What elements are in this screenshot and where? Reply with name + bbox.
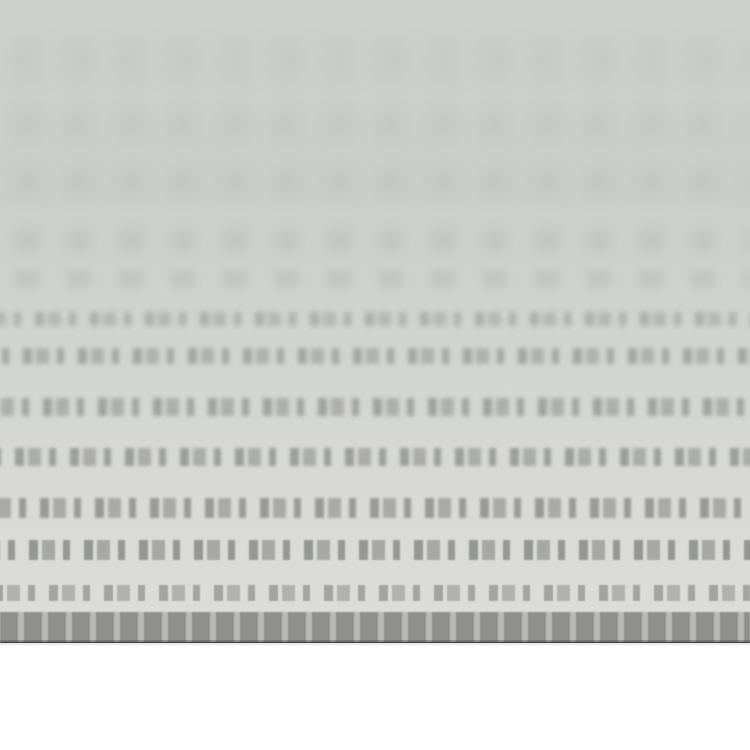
rug-pattern-blurred [0, 230, 750, 252]
rug-pattern-blurred [0, 110, 750, 140]
rug-pattern-row [0, 312, 750, 326]
rug-pattern-row [0, 348, 750, 364]
rug-pattern-blurred [0, 170, 750, 196]
rug-pattern-row [0, 498, 750, 518]
edge-shadow [0, 640, 750, 646]
rug-pattern-row [0, 540, 750, 560]
rug-photo [0, 0, 750, 750]
rug-pattern-blurred [0, 40, 750, 80]
rug-pattern-row [0, 398, 750, 416]
rug-pattern-blurred [0, 270, 750, 288]
white-background [0, 643, 750, 750]
rug-pattern-row [0, 585, 750, 601]
rug-pattern-row [0, 448, 750, 466]
rug-surface [0, 0, 750, 640]
